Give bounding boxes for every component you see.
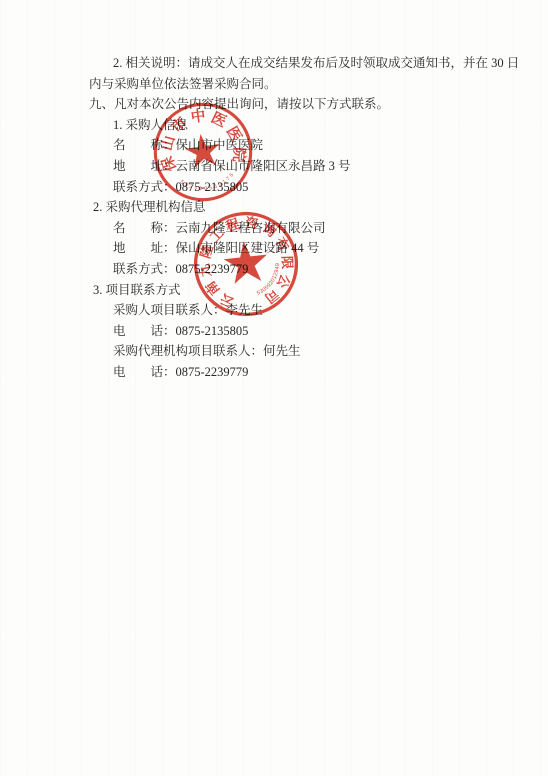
document-line: 内与采购单位依法签署采购合同。	[89, 74, 518, 95]
document-line: 2. 相关说明：请成交人在成交结果发布后及时领取成交通知书，并在 30 日	[113, 53, 518, 74]
document-line: 电 话：0875-2239779	[113, 362, 518, 383]
document-line: 地 址：云南省保山市隆阳区永昌路 3 号	[113, 156, 518, 177]
document-line: 1. 采购人信息	[113, 115, 518, 136]
document-line: 名 称：保山市中医医院	[113, 135, 518, 156]
document-line: 电 话：0875-2135805	[113, 321, 518, 342]
document-line: 2. 采购代理机构信息	[93, 197, 518, 218]
document-line: 地 址：保山市隆阳区建设路 44 号	[113, 238, 518, 259]
document-line: 名 称：云南九隆工程咨询有限公司	[113, 218, 518, 239]
document-line: 3. 项目联系方式	[93, 280, 518, 301]
document-line: 联系方式：0875-2239779	[113, 259, 518, 280]
document-lines: 2. 相关说明：请成交人在成交结果发布后及时领取成交通知书，并在 30 日内与采…	[0, 0, 548, 383]
document-line: 采购人项目联系人：李先生	[113, 300, 518, 321]
document-line: 九、凡对本次公告内容提出询问，请按以下方式联系。	[89, 94, 518, 115]
document-line: 联系方式：0875-2135805	[113, 177, 518, 198]
document-page: 2. 相关说明：请成交人在成交结果发布后及时领取成交通知书，并在 30 日内与采…	[0, 0, 548, 776]
document-line: 采购代理机构项目联系人：何先生	[113, 341, 518, 362]
